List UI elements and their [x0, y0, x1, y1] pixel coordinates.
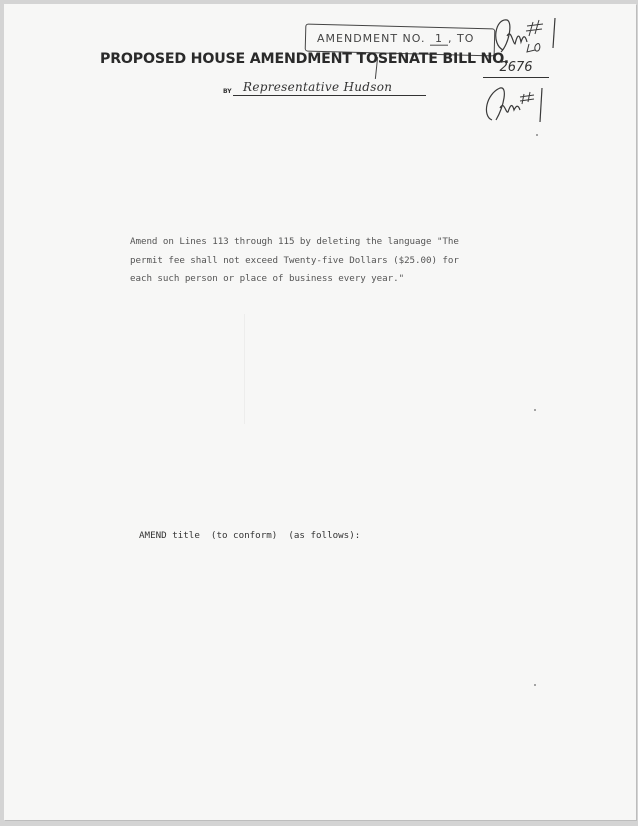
scan-speck: [536, 134, 538, 136]
by-label: BY: [223, 88, 232, 95]
bill-number: 2676: [483, 62, 549, 78]
sponsor-name: Representative Hudson: [233, 80, 426, 96]
body-line: each such person or place of business ev…: [130, 270, 490, 289]
scan-speck: [534, 684, 536, 686]
document-page: AMENDMENT NO. 1, TO PROPOSED HOUSE AMEND…: [4, 4, 636, 820]
body-line: permit fee shall not exceed Twenty-five …: [130, 252, 490, 271]
amendment-body: Amend on Lines 113 through 115 by deleti…: [130, 233, 490, 289]
scan-speck: [534, 409, 536, 411]
stamp-suffix: , TO: [448, 32, 474, 44]
scan-artifact-line: [244, 314, 245, 424]
document-title: PROPOSED HOUSE AMENDMENT TOSENATE BILL N…: [100, 51, 509, 67]
handwritten-annotation-middle: [482, 82, 562, 127]
amend-title-instruction: AMEND title (to conform) (as follows):: [139, 530, 360, 541]
title-part-1: PROPOSED HOUSE AMENDMENT TO: [100, 51, 378, 67]
body-line: Amend on Lines 113 through 115 by deleti…: [130, 233, 490, 252]
stamp-number: 1: [430, 32, 448, 45]
amendment-stamp-text: AMENDMENT NO. 1, TO: [317, 32, 474, 45]
stamp-prefix: AMENDMENT NO.: [317, 32, 426, 44]
